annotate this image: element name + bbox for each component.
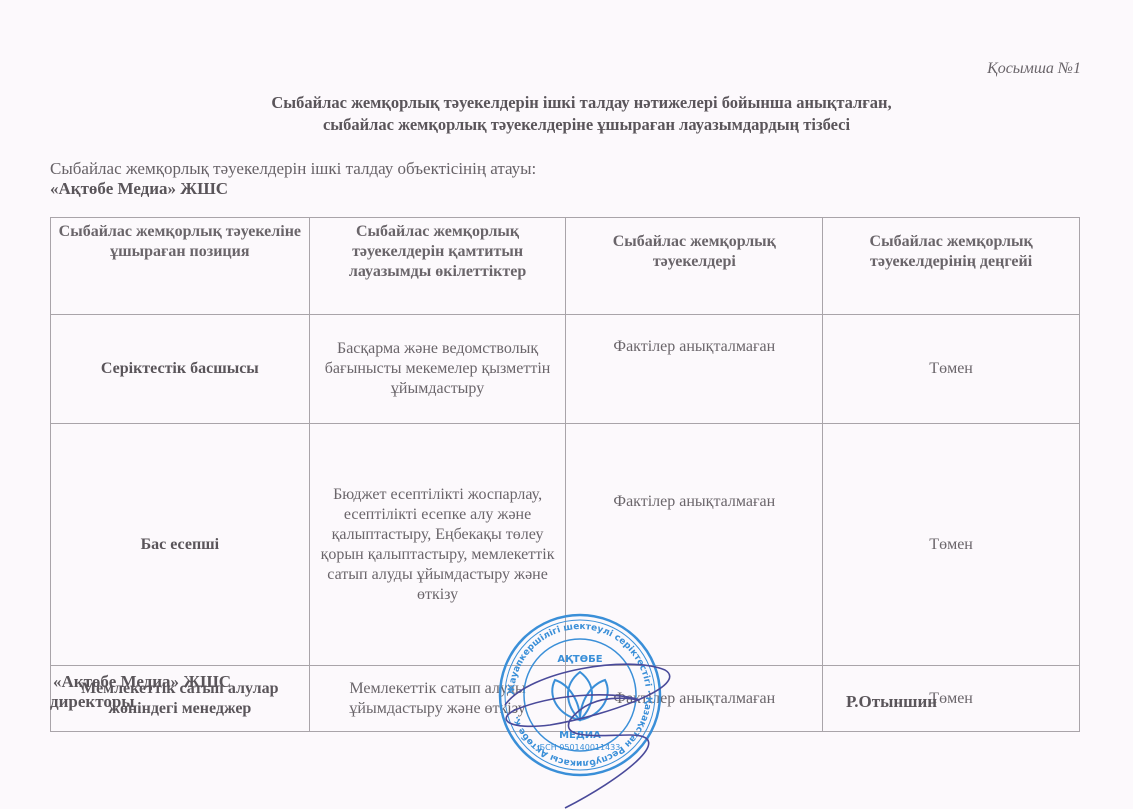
header-powers: Сыбайлас жемқорлық тәуекелдерін қамтитын… (309, 218, 566, 315)
table-row: Серіктестік басшысы Басқарма және ведомс… (51, 315, 1080, 424)
signature-title: директоры (50, 692, 135, 712)
title-line-2: сыбайлас жемқорлық тәуекелдеріне ұшыраға… (0, 114, 1133, 136)
signature-name: Р.Отыншин (846, 692, 937, 712)
header-position: Сыбайлас жемқорлық тәуекеліне ұшыраған п… (51, 218, 310, 315)
signature-organization: «Ақтөбе Медиа» ЖШС (53, 672, 231, 692)
cell-position: Серіктестік басшысы (51, 315, 310, 424)
title-line-1: Сыбайлас жемқорлық тәуекелдерін ішкі тал… (0, 92, 1133, 114)
header-level: Сыбайлас жемқорлық тәуекелдерінің деңгей… (823, 218, 1080, 315)
header-risks: Сыбайлас жемқорлық тәуекелдері (566, 218, 823, 315)
handwritten-signature-icon (490, 640, 690, 809)
object-label: Сыбайлас жемқорлық тәуекелдерін ішкі тал… (50, 159, 536, 179)
cell-powers: Басқарма және ведомстволық бағынысты мек… (309, 315, 566, 424)
cell-level: Төмен (823, 424, 1080, 666)
table-header-row: Сыбайлас жемқорлық тәуекеліне ұшыраған п… (51, 218, 1080, 315)
object-name: «Ақтөбе Медиа» ЖШС (50, 179, 228, 199)
cell-position: Бас есепші (51, 424, 310, 666)
annex-label: Қосымша №1 (987, 60, 1081, 78)
cell-risks: Фактілер анықталмаған (566, 315, 823, 424)
document-title: Сыбайлас жемқорлық тәуекелдерін ішкі тал… (0, 92, 1133, 136)
cell-level: Төмен (823, 315, 1080, 424)
